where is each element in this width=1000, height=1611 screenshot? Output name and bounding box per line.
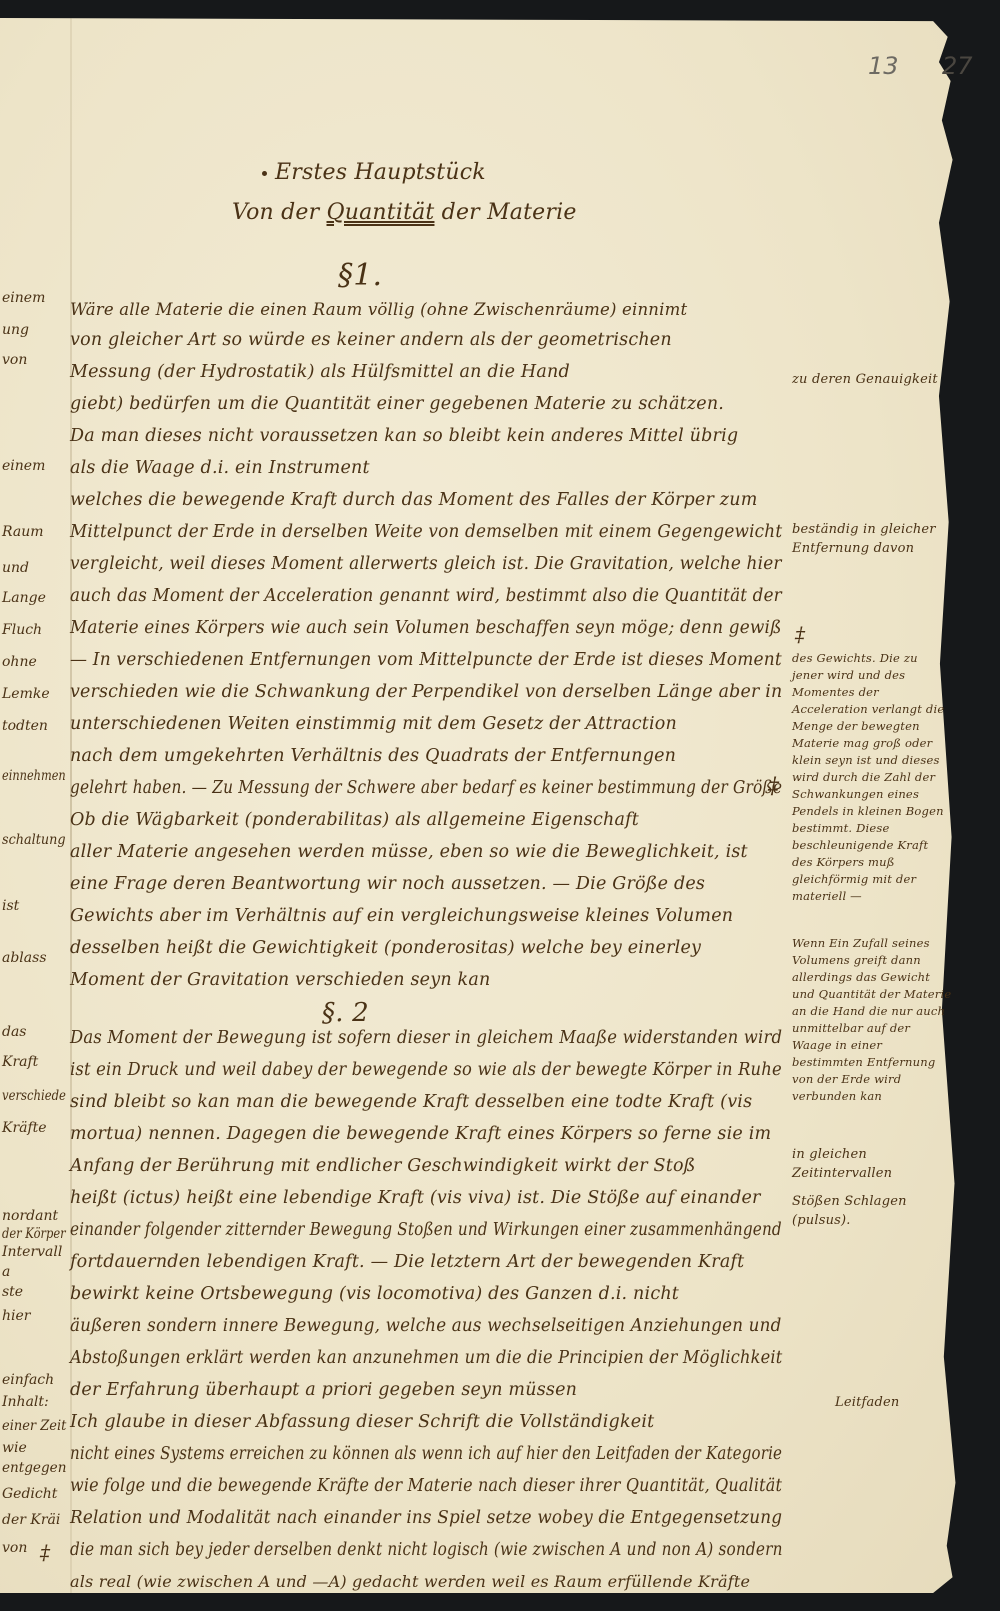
left-fragment: der Körper [2, 1226, 66, 1242]
left-fragment: von [2, 1540, 27, 1556]
margin-note: beständig in gleicher Entfernung davon [792, 520, 952, 558]
left-fragment: das [2, 1024, 27, 1040]
insertion-mark-icon: ‡ [795, 622, 805, 646]
left-fragment: einnehmen [2, 768, 66, 784]
left-fragment: todten [2, 718, 48, 734]
left-fragment: Fluch [2, 622, 42, 638]
left-fragment: einem [2, 290, 45, 306]
left-fragment: hier [2, 1308, 30, 1324]
body-line: als real (wie zwischen A und —A) gedacht… [70, 1574, 750, 1590]
insertion-mark-icon: ‡ [768, 774, 779, 799]
body-line: Wäre alle Materie die einen Raum völlig … [70, 302, 687, 319]
margin-note: Stößen Schlagen (pulsus). [792, 1192, 952, 1230]
underlined-quantitaet: Quantität [327, 200, 435, 225]
margin-note: in gleichen Zeitintervallen [792, 1145, 952, 1183]
left-fragment: Intervall [2, 1244, 62, 1260]
margin-note: des Gewichts. Die zu jener wird und des … [792, 650, 952, 905]
left-fragment: ung [2, 322, 29, 338]
left-fragment: ablass [2, 950, 47, 966]
body-line: ist ein Druck und weil dabey der bewegen… [70, 1062, 782, 1080]
body-line: sind bleibt so kan man die bewegende Kra… [70, 1094, 752, 1112]
body-line: verschieden wie die Schwankung der Perpe… [70, 684, 782, 702]
left-fragment: ist [2, 898, 19, 914]
body-line: Da man dieses nicht voraussetzen kan so … [70, 428, 738, 446]
left-fragment: von [2, 352, 27, 368]
body-line: nach dem umgekehrten Verhältnis des Quad… [70, 748, 676, 766]
body-line: die man sich bey jeder derselben denkt n… [70, 1542, 783, 1560]
body-line: Messung (der Hydrostatik) als Hülfsmitte… [70, 364, 570, 382]
body-line: Relation und Modalität nach einander ins… [70, 1510, 782, 1528]
body-line: der Erfahrung überhaupt a priori gegeben… [70, 1382, 577, 1400]
left-fragment: a [2, 1264, 10, 1280]
left-fragment: Inhalt: [2, 1394, 49, 1410]
body-line: welches die bewegende Kraft durch das Mo… [70, 492, 758, 510]
folio-number: 13 [868, 52, 899, 80]
left-fragment: entgegen [2, 1460, 66, 1476]
chapter-title: Von der Quantität der Materie [232, 200, 577, 225]
left-fragment: nordant [2, 1208, 58, 1224]
body-line: — In verschiedenen Entfernungen vom Mitt… [70, 652, 782, 670]
body-line: Moment der Gravitation verschieden seyn … [70, 972, 490, 990]
section-mark-1: §1. [338, 258, 382, 293]
body-line: unterschiedenen Weiten einstimmig mit de… [70, 716, 677, 734]
left-fragment: Kräfte [2, 1120, 47, 1136]
body-line: bewirkt keine Ortsbewegung (vis locomoti… [70, 1286, 679, 1304]
body-line: wie folge und die bewegende Kräfte der M… [70, 1478, 782, 1496]
body-line: Abstoßungen erklärt werden kan anzunehme… [70, 1350, 782, 1368]
left-fragment: und [2, 560, 29, 576]
body-line: mortua) nennen. Dagegen die bewegende Kr… [70, 1126, 771, 1144]
left-fragment: ste [2, 1284, 23, 1300]
left-fragment: Kraft [2, 1054, 38, 1070]
margin-note: Wenn Ein Zufall seines Volumens greift d… [792, 935, 952, 1105]
body-line: als die Waage d.i. ein Instrument [70, 460, 370, 478]
body-line: vergleicht, weil dieses Moment allerwert… [70, 556, 782, 574]
body-line: gelehrt haben. — Zu Messung der Schwere … [70, 780, 782, 798]
left-fragment: wie [2, 1440, 27, 1456]
body-line: Ich glaube in dieser Abfassung dieser Sc… [70, 1414, 654, 1432]
insertion-mark-icon: ‡ [40, 1540, 50, 1564]
body-line: Gewichts aber im Verhältnis auf ein verg… [70, 908, 733, 926]
left-fragment: der Kräi [2, 1512, 60, 1528]
section-mark-2: §. 2 [322, 998, 369, 1028]
body-line: von gleicher Art so würde es keiner ande… [70, 332, 672, 350]
left-fragment: Lemke [2, 686, 50, 702]
body-line: Das Moment der Bewegung ist sofern diese… [70, 1030, 782, 1048]
body-line: desselben heißt die Gewichtigkeit (ponde… [70, 940, 701, 958]
left-fragment: Gedicht [2, 1486, 57, 1502]
left-fragment: einem [2, 458, 45, 474]
body-line: Materie eines Körpers wie auch sein Volu… [70, 620, 782, 638]
body-line: giebt) bedürfen um die Quantität einer g… [70, 396, 724, 414]
margin-note: Leitfaden [835, 1393, 955, 1412]
body-line: Anfang der Berührung mit endlicher Gesch… [70, 1158, 696, 1176]
left-fragment: schaltung [2, 832, 66, 848]
body-line: fortdauernden lebendigen Kraft. — Die le… [70, 1254, 744, 1272]
body-line: eine Frage deren Beantwortung wir noch a… [70, 876, 705, 894]
page-number: 27 [942, 52, 973, 80]
body-line: einander folgender zitternder Bewegung S… [70, 1222, 782, 1240]
left-fragment: ohne [2, 654, 37, 670]
left-fragment: einfach [2, 1372, 54, 1388]
body-line: äußeren sondern innere Bewegung, welche … [70, 1318, 781, 1336]
margin-note: zu deren Genauigkeit [792, 370, 942, 389]
body-line: heißt (ictus) heißt eine lebendige Kraft… [70, 1190, 761, 1208]
body-line: aller Materie angesehen werden müsse, eb… [70, 844, 748, 862]
left-fragment: Lange [2, 590, 46, 606]
body-line: auch das Moment der Acceleration genannt… [70, 588, 782, 606]
left-fragment: verschiede [2, 1088, 66, 1104]
left-fragment: Raum [2, 524, 44, 540]
bullet-dot [262, 171, 267, 176]
chapter-heading: Erstes Hauptstück [262, 160, 486, 185]
body-line: Mittelpunct der Erde in derselben Weite … [70, 524, 782, 542]
body-line: nicht eines Systems erreichen zu können … [70, 1446, 782, 1464]
left-fragment: einer Zeit [2, 1418, 66, 1434]
body-line: Ob die Wägbarkeit (ponderabilitas) als a… [70, 812, 639, 830]
